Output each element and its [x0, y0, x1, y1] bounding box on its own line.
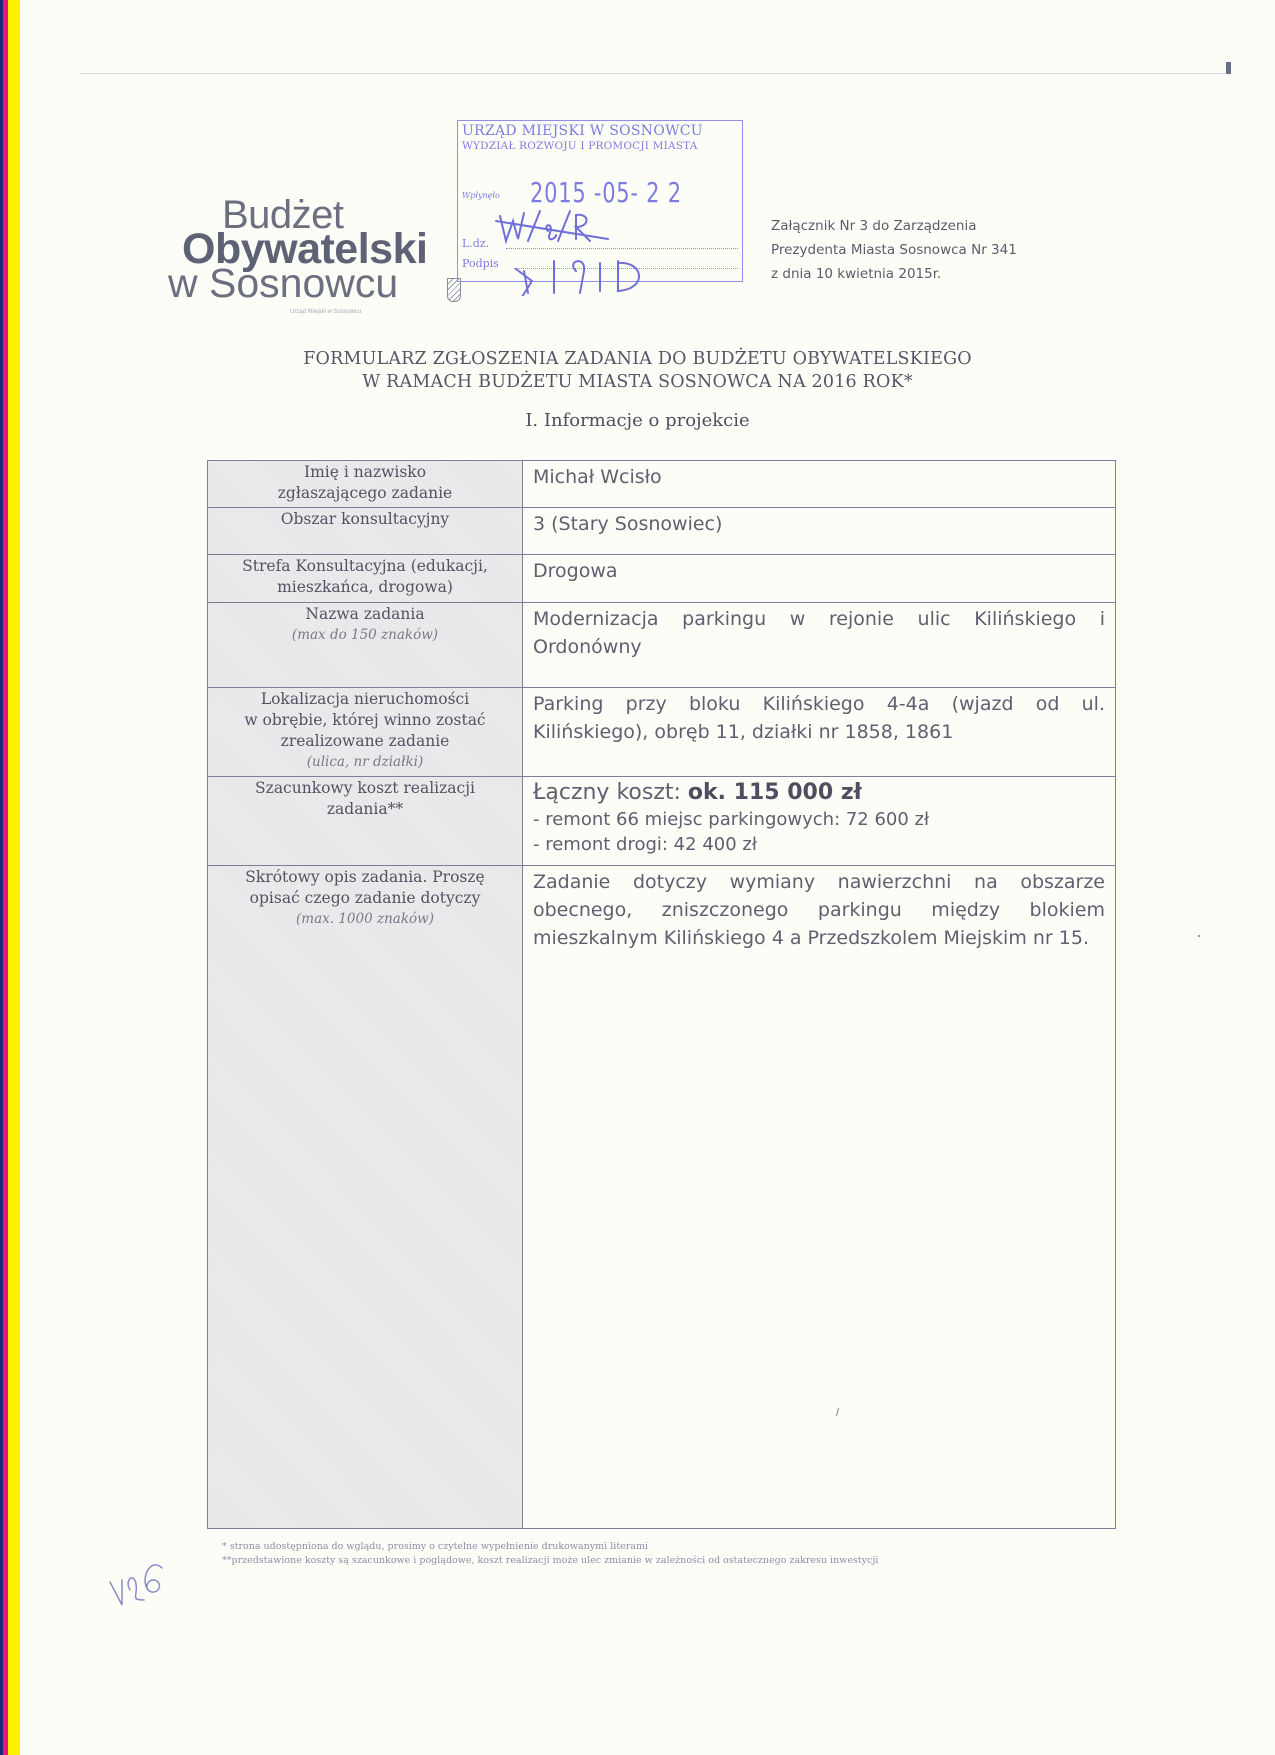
label-applicant-line-1: Imię i nazwisko	[208, 462, 522, 483]
scan-edge-yellow	[8, 0, 20, 1755]
table-row-cost: Szacunkowy koszt realizacji zadania** Łą…	[208, 777, 1116, 866]
table-row-zone: Strefa Konsultacyjna (edukacji, mieszkań…	[208, 555, 1116, 603]
annex-reference: Załącznik Nr 3 do Zarządzenia Prezydenta…	[771, 214, 1017, 286]
label-task-name-hint: (max do 150 znaków)	[208, 625, 522, 646]
handwritten-margin-note-icon	[100, 1550, 170, 1610]
location-field[interactable]: Parking przy bloku Kilińskiego 4-4a (wja…	[523, 688, 1116, 777]
annex-line-1: Załącznik Nr 3 do Zarządzenia	[771, 214, 1017, 238]
stray-dot	[1198, 935, 1200, 937]
label-description: Skrótowy opis zadania. Proszę opisać cze…	[208, 866, 523, 1529]
logo-subtitle: Urząd Miejski w Sosnowcu	[290, 309, 361, 315]
annex-line-2: Prezydenta Miasta Sosnowca Nr 341	[771, 238, 1017, 262]
label-zone-line-1: Strefa Konsultacyjna (edukacji,	[208, 556, 522, 577]
cost-item-parking: - remont 66 miejsc parkingowych: 72 600 …	[533, 807, 1105, 832]
footnotes: * strona udostępniona do wglądu, prosimy…	[222, 1540, 878, 1568]
table-row-area: Obszar konsultacyjny 3 (Stary Sosnowiec)	[208, 508, 1116, 555]
form-title-line-1: FORMULARZ ZGŁOSZENIA ZADANIA DO BUDŻETU …	[0, 349, 1275, 369]
label-area: Obszar konsultacyjny	[208, 508, 523, 555]
cost-field[interactable]: Łączny koszt: ok. 115 000 zł - remont 66…	[523, 777, 1116, 866]
footnote-1: * strona udostępniona do wglądu, prosimy…	[222, 1540, 878, 1554]
cost-total-value: ok. 115 000 zł	[688, 780, 862, 805]
label-cost-line-2: zadania**	[208, 799, 522, 820]
label-applicant: Imię i nazwisko zgłaszającego zadanie	[208, 461, 523, 508]
zone-field[interactable]: Drogowa	[523, 555, 1116, 603]
label-location-line-3: zrealizowane zadanie	[208, 731, 522, 752]
cost-total: Łączny koszt: ok. 115 000 zł	[533, 779, 1105, 807]
form-title-line-2: W RAMACH BUDŻETU MIASTA SOSNOWCA NA 2016…	[0, 372, 1275, 392]
label-zone-line-2: mieszkańca, drogowa)	[208, 577, 522, 598]
logo-line-3: w Sosnowcu	[168, 260, 398, 307]
label-location-hint: (ulica, nr działki)	[208, 752, 522, 773]
table-row-task-name: Nazwa zadania (max do 150 znaków) Modern…	[208, 603, 1116, 688]
label-description-hint: (max. 1000 znaków)	[208, 909, 522, 930]
handwritten-stamp-annotations-icon	[458, 121, 742, 296]
annex-line-3: z dnia 10 kwietnia 2015r.	[771, 262, 1017, 286]
received-stamp: URZĄD MIEJSKI W SOSNOWCU WYDZIAŁ ROZWOJU…	[457, 120, 743, 282]
task-name-field[interactable]: Modernizacja parkingu w rejonie ulic Kil…	[523, 603, 1116, 688]
label-cost: Szacunkowy koszt realizacji zadania**	[208, 777, 523, 866]
label-location: Lokalizacja nieruchomości w obrębie, któ…	[208, 688, 523, 777]
area-field[interactable]: 3 (Stary Sosnowiec)	[523, 508, 1116, 555]
label-location-line-2: w obrębie, której winno zostać	[208, 710, 522, 731]
footnote-2: **przedstawione koszty są szacunkowe i p…	[222, 1554, 878, 1568]
label-task-name: Nazwa zadania (max do 150 znaków)	[208, 603, 523, 688]
cost-item-road: - remont drogi: 42 400 zł	[533, 832, 1105, 857]
cost-total-label: Łączny koszt:	[533, 780, 688, 805]
project-info-table: Imię i nazwisko zgłaszającego zadanie Mi…	[207, 460, 1116, 1529]
table-row-location: Lokalizacja nieruchomości w obrębie, któ…	[208, 688, 1116, 777]
label-applicant-line-2: zgłaszającego zadanie	[208, 483, 522, 504]
label-description-line-2: opisać czego zadanie dotyczy	[208, 888, 522, 909]
table-row-applicant: Imię i nazwisko zgłaszającego zadanie Mi…	[208, 461, 1116, 508]
section-heading: I. Informacje o projekcie	[0, 410, 1275, 431]
scan-artifact-mark	[1226, 62, 1231, 74]
label-description-line-1: Skrótowy opis zadania. Proszę	[208, 867, 522, 888]
label-zone: Strefa Konsultacyjna (edukacji, mieszkań…	[208, 555, 523, 603]
label-location-line-1: Lokalizacja nieruchomości	[208, 689, 522, 710]
table-row-description: Skrótowy opis zadania. Proszę opisać cze…	[208, 866, 1116, 1529]
scan-artifact-line	[80, 73, 1230, 74]
description-field[interactable]: Zadanie dotyczy wymiany nawierzchni na o…	[523, 866, 1116, 1529]
label-task-name-text: Nazwa zadania	[208, 604, 522, 625]
applicant-field[interactable]: Michał Wcisło	[523, 461, 1116, 508]
label-cost-line-1: Szacunkowy koszt realizacji	[208, 778, 522, 799]
